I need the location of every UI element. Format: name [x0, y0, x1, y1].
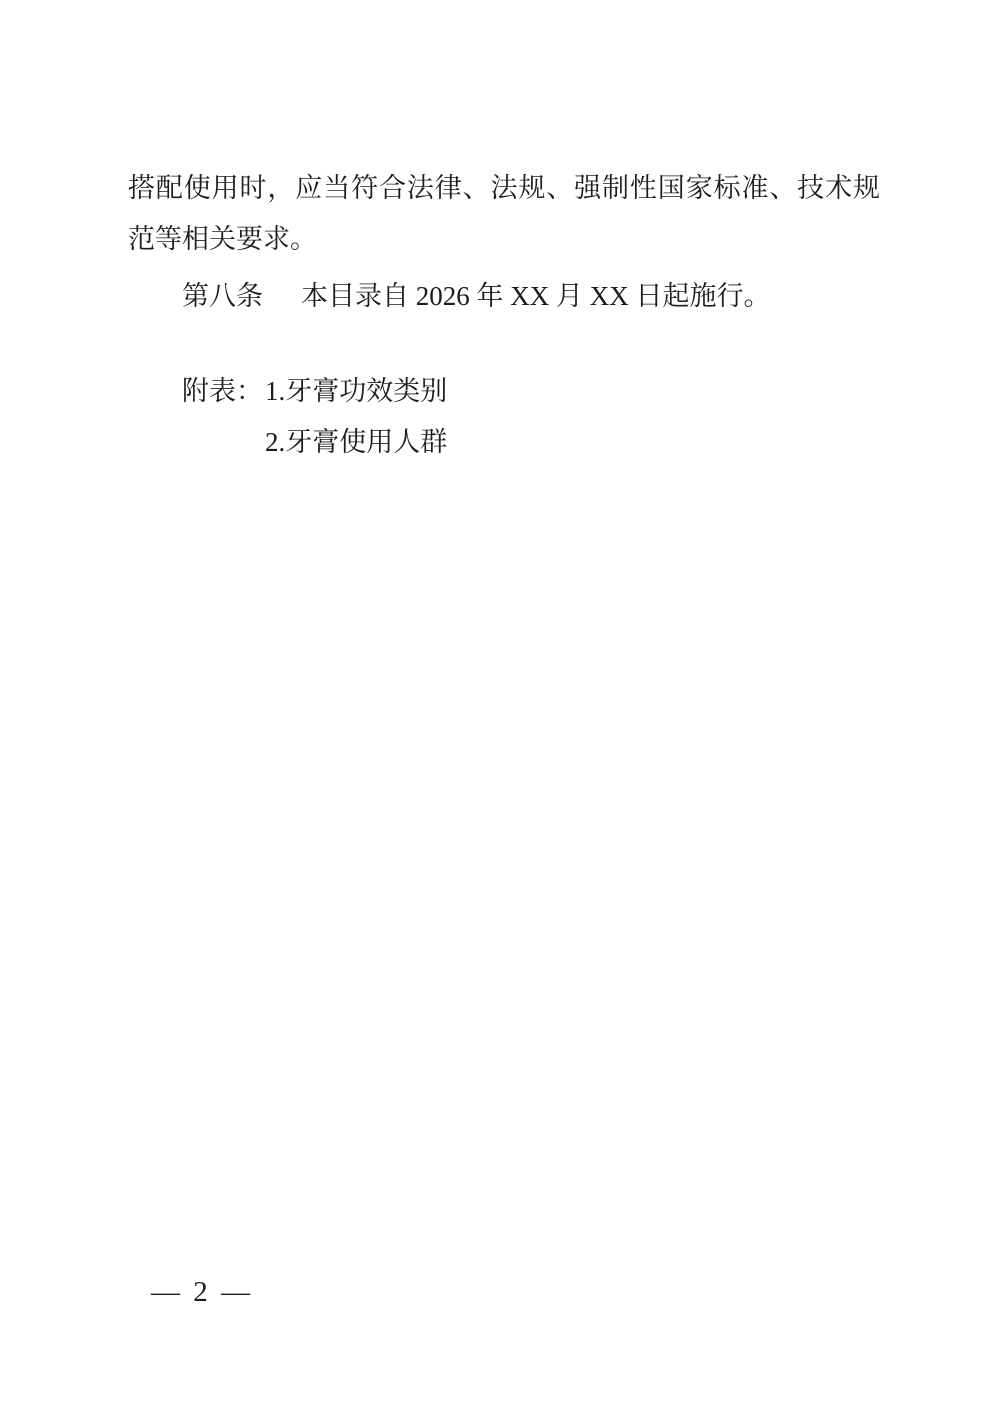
article-text: 本目录自 2026 年 XX 月 XX 日起施行。 — [301, 281, 771, 311]
article-number: 第八条 — [182, 281, 263, 311]
page-number: — 2 — — [151, 1276, 253, 1309]
appendix-item-1: 1.牙膏功效类别 — [265, 366, 447, 417]
document-page: 搭配使用时，应当符合法律、法规、强制性国家标准、技术规范等相关要求。 第八条本目… — [0, 0, 1000, 1414]
paragraph-continuation: 搭配使用时，应当符合法律、法规、强制性国家标准、技术规范等相关要求。 — [128, 163, 880, 265]
appendix-item-2: 2.牙膏使用人群 — [265, 417, 447, 468]
document-body: 搭配使用时，应当符合法律、法规、强制性国家标准、技术规范等相关要求。 第八条本目… — [128, 163, 880, 468]
appendix-block: 附表： 1.牙膏功效类别 2.牙膏使用人群 — [128, 366, 880, 468]
appendix-label: 附表： — [182, 366, 263, 417]
appendix-items: 1.牙膏功效类别 2.牙膏使用人群 — [265, 366, 447, 468]
article-8-paragraph: 第八条本目录自 2026 年 XX 月 XX 日起施行。 — [128, 271, 880, 322]
